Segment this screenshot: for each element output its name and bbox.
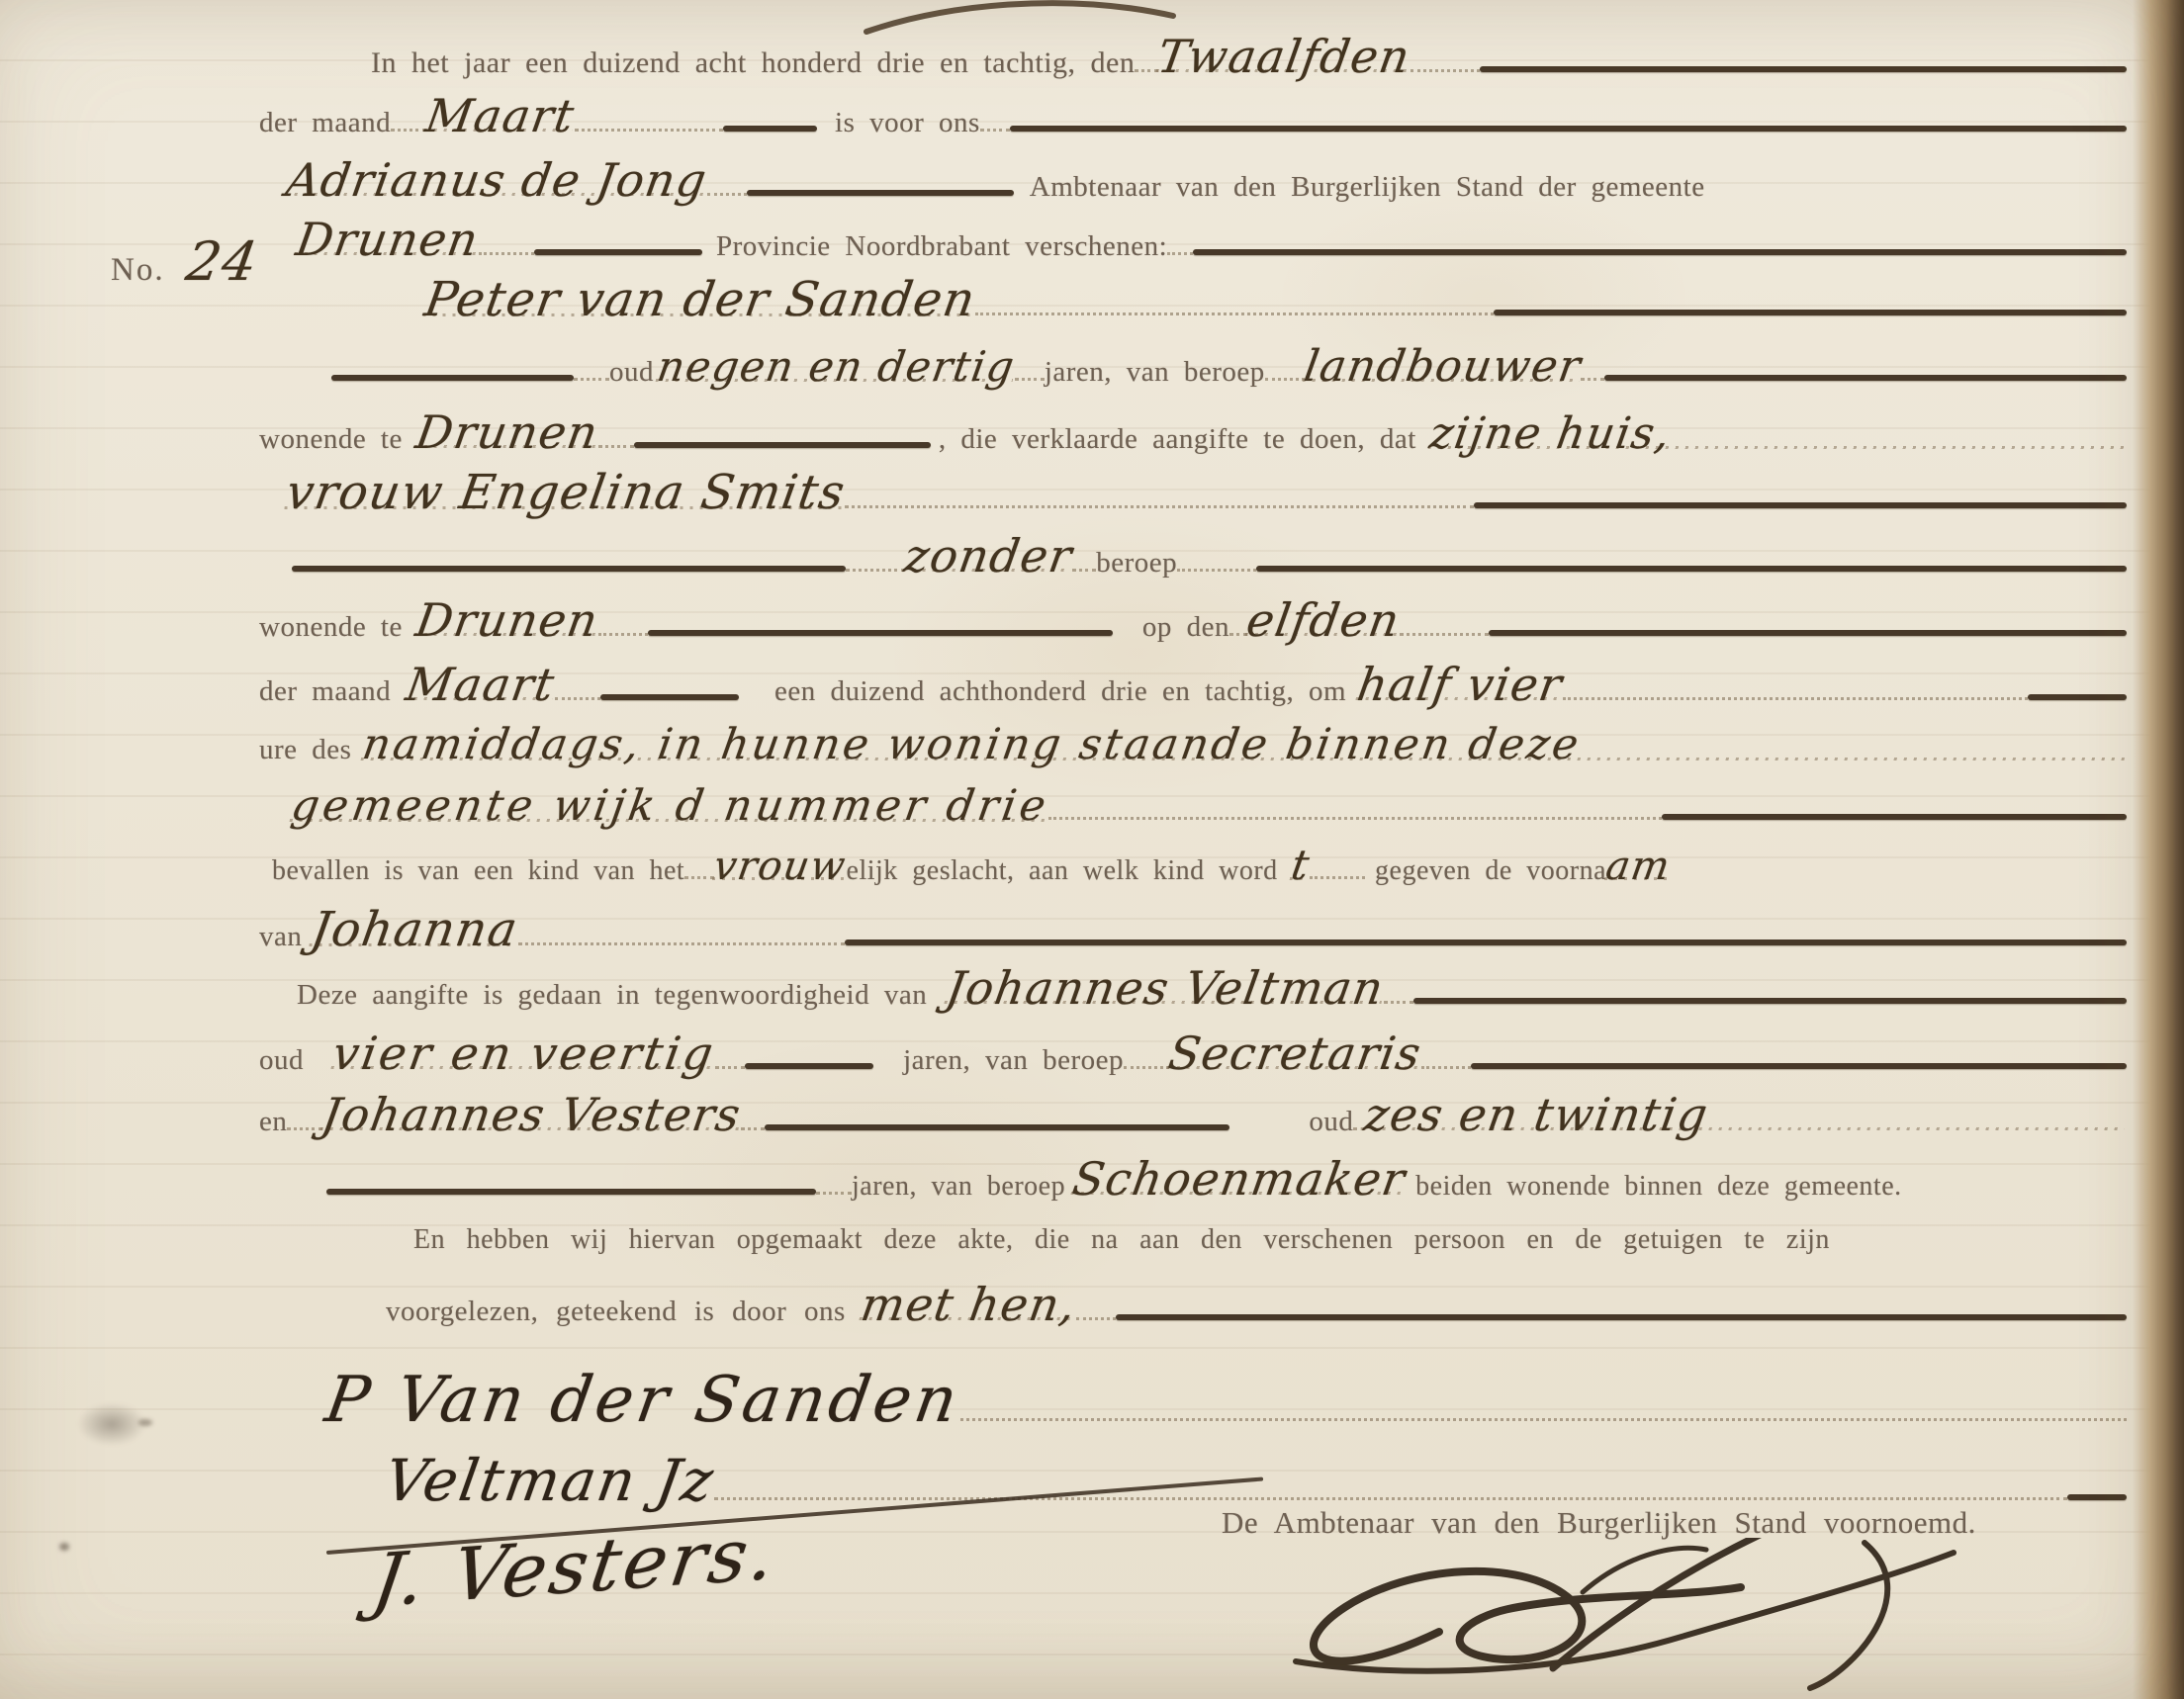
entry-word-suffix-t: t — [1288, 845, 1313, 886]
printed-verklaarde: , die verklaarde aangifte te doen, dat — [939, 425, 1416, 454]
page-top-flourish — [859, 0, 1185, 36]
entry-witness2-name: Johannes Vesters — [319, 1092, 745, 1137]
act-line-06: oud negen en dertig jaren, van beroep la… — [331, 345, 2127, 389]
entry-witness2-age: zes en twintig — [1362, 1092, 2131, 1137]
printed-duizend-achthonderd: een duizend achthonderd drie en tachtig,… — [774, 677, 1346, 706]
official-signature-flourish — [1256, 1538, 1968, 1699]
fill-rule — [1480, 66, 2127, 72]
entry-witness1-profession: Secretaris — [1165, 1030, 1424, 1076]
dotted-leader — [715, 1066, 745, 1069]
act-line-20: En hebben wij hiervan opgemaakt deze akt… — [413, 1226, 2125, 1254]
dotted-leader — [1384, 1001, 1413, 1004]
entry-child-name: Johanna — [309, 906, 522, 953]
margin-record-number: No. 24 — [111, 235, 257, 289]
printed-wonende-te: wonende te — [259, 425, 403, 454]
entry-voornaam-suffix: am — [1603, 847, 1674, 886]
act-line-03: Adrianus de Jong Ambtenaar van den Burge… — [287, 157, 2127, 203]
printed-is-voor-ons: is voor ons — [835, 109, 980, 137]
printed-geslacht: elijk geslacht, aan welk kind word — [847, 857, 1278, 885]
act-line-09: zonder beroep — [292, 533, 2127, 579]
dotted-leader — [1015, 378, 1045, 381]
printed-bevallen: bevallen is van een kind van het — [272, 857, 684, 885]
dotted-leader — [845, 505, 1474, 508]
entry-declarant-profession: landbouwer — [1301, 345, 1585, 389]
dotted-leader — [714, 1497, 2067, 1500]
dotted-leader — [575, 129, 723, 132]
printed-oud: oud — [1309, 1108, 1353, 1136]
act-line-11: der maand Maart een duizend achthonderd … — [259, 662, 2127, 707]
printed-oud: oud — [609, 358, 654, 387]
dotted-leader — [1177, 569, 1256, 572]
printed-der-maand: der maand — [259, 677, 391, 706]
printed-jaren-beroep: jaren, van beroep — [1045, 358, 1265, 387]
dotted-leader — [1124, 1066, 1169, 1069]
fill-rule — [292, 566, 846, 572]
printed-provincie: Provincie Noordbrabant verschenen: — [716, 232, 1167, 261]
entry-witness1-age: vier en veertig — [329, 1030, 718, 1076]
ink-speck — [138, 1419, 152, 1426]
dotted-leader — [479, 252, 534, 255]
printed-jaren-beroep: jaren, van beroep — [852, 1173, 1065, 1201]
printed-ambtenaar: Ambtenaar van den Burgerlijken Stand der… — [1030, 173, 2127, 202]
dotted-leader — [518, 942, 845, 945]
dotted-leader — [684, 876, 714, 879]
act-line-14: bevallen is van een kind van het vrouw e… — [272, 845, 2131, 886]
fill-rule — [1413, 998, 2127, 1004]
entry-birth-day-ordinal: elfden — [1243, 597, 1404, 643]
act-line-12: ure des namiddags, in hunne woning staan… — [259, 724, 2127, 766]
dotted-leader — [598, 445, 634, 448]
fill-rule — [326, 1189, 816, 1195]
birth-certificate-page: No. 24 In het jaar een duizend acht hond… — [0, 0, 2184, 1699]
printed-ure-des: ure des — [259, 736, 351, 764]
ink-speck — [59, 1543, 69, 1551]
dotted-leader — [1310, 876, 1365, 879]
printed-closing-1: En hebben wij hiervan opgemaakt deze akt… — [413, 1226, 2125, 1254]
act-line-17: oud vier en veertig jaren, van beroep Se… — [259, 1030, 2127, 1076]
fill-rule — [2067, 1494, 2127, 1500]
fill-rule — [600, 694, 739, 700]
dotted-leader — [960, 1418, 2127, 1421]
act-line-19: jaren, van beroep Schoenmaker beiden won… — [326, 1156, 2131, 1202]
witness1-signature: Veltman Jz — [381, 1452, 718, 1509]
entry-birth-location: namiddags, in hunne woning staande binne… — [360, 724, 2130, 766]
record-number-label: No. — [111, 254, 165, 287]
dotted-leader — [598, 633, 648, 636]
printed-jaren-beroep: jaren, van beroep — [903, 1046, 1124, 1075]
act-line-04: Drunen Provincie Noordbrabant verschenen… — [297, 217, 2127, 262]
fill-rule — [1474, 502, 2127, 508]
fill-rule — [1010, 126, 2127, 132]
act-line-08: vrouw Engelina Smits — [287, 469, 2127, 516]
entry-declarant-name: Peter van der Sanden — [421, 276, 979, 323]
fill-rule — [648, 630, 1113, 636]
act-line-13: gemeente wijk d nummer drie — [292, 785, 2127, 828]
fill-rule — [1116, 1314, 2127, 1320]
ink-smudge — [77, 1402, 146, 1446]
signature-row-declarant: P Van der Sanden — [326, 1369, 2127, 1432]
fill-rule — [1662, 814, 2127, 820]
printed-wonende-te: wonende te — [259, 613, 403, 642]
entry-birth-address: gemeente wijk d nummer drie — [289, 785, 1052, 828]
act-line-21: voorgelezen, geteekend is door ons met h… — [386, 1282, 2127, 1327]
entry-mother-residence: Drunen — [412, 597, 601, 643]
act-line-16: Deze aangifte is gedaan in tegenwoordigh… — [297, 965, 2127, 1011]
entry-declarant-age: negen en dertig — [655, 346, 1018, 388]
fill-rule — [747, 190, 1014, 196]
printed-deze-aangifte: Deze aangifte is gedaan in tegenwoordigh… — [297, 981, 927, 1010]
fill-rule — [845, 939, 2127, 945]
printed-op-den: op den — [1142, 613, 1229, 642]
dotted-leader — [391, 129, 426, 132]
printed-closing-2: voorgelezen, geteekend is door ons — [386, 1297, 846, 1326]
entry-mother-name: vrouw Engelina Smits — [283, 469, 849, 516]
fill-rule — [1471, 1063, 2127, 1069]
entry-signed-with: met hen, — [858, 1282, 1079, 1327]
dotted-leader — [287, 1127, 322, 1130]
entry-witness1-name: Johannes Veltman — [944, 965, 1388, 1011]
dotted-leader — [1072, 569, 1096, 572]
entry-birth-month: Maart — [403, 662, 558, 707]
dotted-leader — [1400, 633, 1489, 636]
dotted-leader — [846, 569, 905, 572]
fill-rule — [723, 126, 817, 132]
printed-en: en — [259, 1108, 287, 1136]
printed-gegeven-voornaam: gegeven de voorna — [1375, 857, 1606, 885]
book-binding-edge — [2133, 0, 2184, 1699]
entry-declarant-residence: Drunen — [412, 409, 601, 455]
dotted-leader — [741, 1127, 765, 1130]
entry-registrar-name: Adrianus de Jong — [283, 157, 710, 203]
printed-van: van — [259, 923, 302, 951]
fill-rule — [1604, 375, 2127, 381]
dotted-leader — [1076, 1317, 1116, 1320]
entry-mother-profession: zonder — [901, 533, 1076, 579]
act-line-18: en Johannes Vesters oud zes en twintig — [259, 1092, 2127, 1137]
entry-month: Maart — [422, 93, 578, 138]
fill-rule — [634, 442, 931, 448]
entry-municipality: Drunen — [293, 217, 482, 262]
act-line-07: wonende te Drunen , die verklaarde aangi… — [259, 409, 2127, 456]
official-title-row: De Ambtenaar van den Burgerlijken Stand … — [1222, 1507, 1976, 1538]
entry-mother-relation: zijne huis, — [1426, 412, 2130, 456]
record-number-value: 24 — [182, 235, 261, 289]
fill-rule — [765, 1124, 1229, 1130]
act-line-05: Peter van der Sanden — [425, 276, 2127, 323]
official-title: De Ambtenaar van den Burgerlijken Stand … — [1222, 1507, 1976, 1538]
dotted-leader — [980, 129, 1010, 132]
fill-rule — [1256, 566, 2127, 572]
declarant-signature: P Van der Sanden — [321, 1369, 965, 1432]
dotted-leader — [1167, 252, 1193, 255]
act-line-15: van Johanna — [259, 906, 2127, 953]
entry-child-gender: vrouw — [711, 847, 850, 886]
fill-rule — [331, 375, 574, 381]
fill-rule — [1494, 310, 2127, 315]
dotted-leader — [707, 193, 747, 196]
dotted-leader — [975, 313, 1494, 315]
fill-rule — [534, 249, 702, 255]
dotted-leader — [1410, 69, 1480, 72]
act-line-10: wonende te Drunen op den elfden — [259, 597, 2127, 643]
entry-birth-time: half vier — [1354, 662, 1566, 707]
fill-rule — [1489, 630, 2127, 636]
entry-witness2-profession: Schoenmaker — [1069, 1156, 1409, 1202]
entry-day-ordinal: Twaalfden — [1155, 34, 1414, 79]
fill-rule — [745, 1063, 873, 1069]
printed-beroep: beroep — [1096, 549, 1177, 578]
printed-beiden-wonende: beiden wonende binnen deze gemeente. — [1415, 1173, 2131, 1201]
fill-rule — [2028, 694, 2127, 700]
dotted-leader — [816, 1192, 852, 1195]
printed-oud: oud — [259, 1046, 304, 1075]
printed-year-opening: In het jaar een duizend acht honderd dri… — [371, 48, 1135, 78]
dotted-leader — [555, 697, 600, 700]
printed-der-maand: der maand — [259, 109, 391, 137]
act-line-02: der maand Maart is voor ons — [259, 93, 2127, 138]
dotted-leader — [1048, 817, 1662, 820]
dotted-leader — [1563, 697, 2028, 700]
act-line-01: In het jaar een duizend acht honderd dri… — [371, 34, 2127, 79]
dotted-leader — [1265, 378, 1305, 381]
fill-rule — [1193, 249, 2127, 255]
dotted-leader — [574, 378, 609, 381]
dotted-leader — [1421, 1066, 1471, 1069]
dotted-leader — [1581, 378, 1604, 381]
